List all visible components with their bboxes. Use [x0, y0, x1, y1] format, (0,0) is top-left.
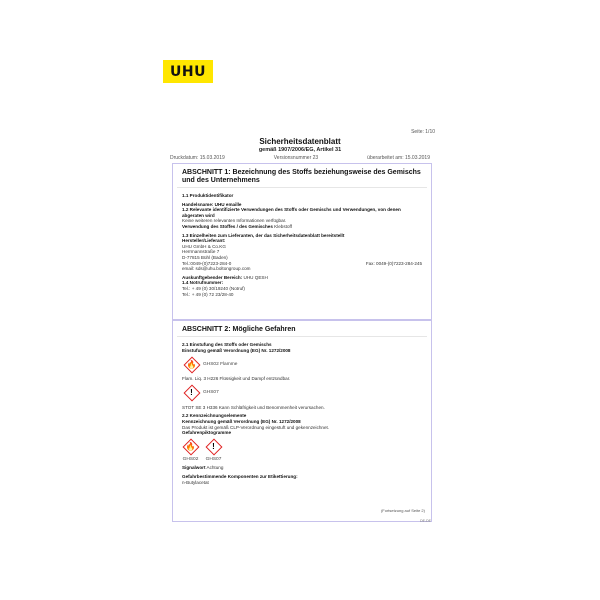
s12-title: 1.2 Relevante identifizierte Verwendunge… — [182, 207, 422, 218]
use-value: Klebstoff — [274, 224, 292, 229]
info-label: Auskunftgebender Bereich: — [182, 275, 242, 280]
document-subtitle: gemäß 1907/2006/EG, Artikel 31 — [0, 147, 600, 153]
section-1-heading: ABSCHNITT 1: Bezeichnung des Stoffs bezi… — [177, 168, 427, 188]
section-2: ABSCHNITT 2: Mögliche Gefahren 2.1 Einst… — [172, 320, 432, 522]
logo-text: UHU — [170, 64, 206, 80]
signal-value: Achtung — [207, 465, 224, 470]
page-number: Seite: 1/10 — [411, 129, 435, 135]
section-2-heading: ABSCHNITT 2: Mögliche Gefahren — [177, 325, 427, 337]
revised-date: überarbeitet am: 15.03.2019 — [367, 155, 430, 161]
section-1: ABSCHNITT 1: Bezeichnung des Stoffs bezi… — [172, 163, 432, 320]
use-label: Verwendung des Stoffes / des Gemisches — [182, 224, 273, 229]
flame-icon: 🔥 — [183, 356, 200, 373]
continued-note: (Fortsetzung auf Seite 2) — [381, 508, 425, 513]
emergency-line: Tel.: + 49 (0) 72 23/28-40 — [182, 292, 422, 298]
pictograms: 🔥 GHS02 ! GHS07 — [182, 439, 422, 463]
ghs02-label: GHS02 Flamme — [203, 362, 237, 368]
meta-row: Druckdatum: 15.03.2019 Versionsnummer 23… — [170, 155, 430, 161]
document-title: Sicherheitsdatenblatt — [0, 137, 600, 146]
version-number: Versionsnummer 23 — [274, 155, 318, 161]
language-code: DE-DE — [420, 519, 431, 523]
pictogram-label: GHS07 — [206, 457, 222, 463]
fax: Fax: 0049-(0)7223-284-245 — [366, 261, 422, 267]
exclamation-icon: ! — [205, 439, 222, 456]
print-date: Druckdatum: 15.03.2019 — [170, 155, 225, 161]
uhu-logo: UHU — [163, 60, 213, 83]
pictograms-label: Gefahrenpiktogramme — [182, 430, 422, 436]
flame-icon: 🔥 — [182, 439, 199, 456]
s21-sub: Einstufung gemäß Verordnung (EG) Nr. 127… — [182, 348, 422, 354]
pictogram-label: GHS02 — [183, 457, 199, 463]
ghs07-label: GHS07 — [203, 390, 219, 396]
ghs02-text: Flam. Liq. 3 H226 Flüssigkeit und Dampf … — [182, 376, 422, 382]
info-value: UHU QESH — [244, 275, 268, 280]
signal-label: Signalwort — [182, 465, 205, 470]
components-value: n-Butylacetat — [182, 480, 422, 486]
exclamation-icon: ! — [183, 385, 200, 402]
